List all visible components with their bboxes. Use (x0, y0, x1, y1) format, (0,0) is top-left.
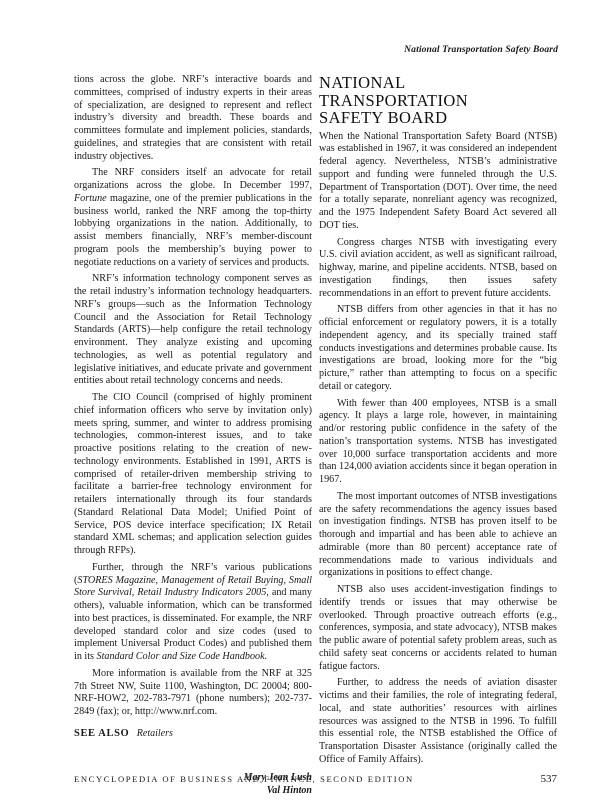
text: magazine, one of the premier publication… (74, 193, 312, 268)
body-paragraph: When the National Transportation Safety … (319, 131, 557, 233)
italic-text: Standard Color and Size Code Handbook. (97, 651, 268, 662)
text: The most important outcomes of NTSB inve… (319, 491, 557, 579)
text: NTSB also uses accident-investigation fi… (319, 584, 557, 672)
page-footer: Encyclopedia of Business and Finance, Se… (74, 774, 557, 785)
body-paragraph: NTSB also uses accident-investigation fi… (319, 584, 557, 673)
series-title: Encyclopedia of Business and Finance, Se… (74, 774, 414, 784)
body-paragraph: The most important outcomes of NTSB inve… (319, 491, 557, 580)
entry-title: NATIONAL TRANSPORTATION SAFETY BOARD (319, 74, 557, 127)
body-paragraph: NTSB differs from other agencies in that… (319, 304, 557, 393)
see-also: SEE ALSO Retailers (74, 728, 312, 741)
author-name: Val Hinton (74, 784, 312, 797)
body-paragraph: tions across the globe. NRF’s interactiv… (74, 74, 312, 163)
body-paragraph: Congress charges NTSB with investigating… (319, 237, 557, 301)
see-also-link-retailers[interactable]: Retailers (137, 728, 173, 739)
entry-title-line: SAFETY BOARD (319, 109, 557, 127)
right-column: NATIONAL TRANSPORTATION SAFETY BOARD Whe… (319, 74, 557, 767)
text: With fewer than 400 employees, NTSB is a… (319, 398, 557, 486)
body-paragraph: NRF’s information technology component s… (74, 273, 312, 388)
italic-text: Fortune (74, 193, 107, 204)
entry-title-line: NATIONAL (319, 74, 557, 92)
right-body: When the National Transportation Safety … (319, 131, 557, 767)
text: tions across the globe. NRF’s interactiv… (74, 74, 312, 162)
text: NRF’s information technology component s… (74, 273, 312, 386)
text: The NRF considers itself an advocate for… (74, 167, 312, 191)
text: When the National Transportation Safety … (319, 131, 557, 231)
text: The CIO Council (comprised of highly pro… (74, 392, 312, 556)
text: More information is available from the N… (74, 668, 312, 717)
body-paragraph: The NRF considers itself an advocate for… (74, 167, 312, 269)
text: Further, to address the needs of aviatio… (319, 677, 557, 765)
page-number: 537 (541, 773, 558, 785)
running-head: National Transportation Safety Board (404, 44, 558, 55)
text: NTSB differs from other agencies in that… (319, 304, 557, 392)
see-also-label: SEE ALSO (74, 728, 129, 739)
body-paragraph: The CIO Council (comprised of highly pro… (74, 392, 312, 558)
entry-title-line: TRANSPORTATION (319, 92, 557, 110)
left-column: tions across the globe. NRF’s interactiv… (74, 74, 312, 797)
body-paragraph: Further, through the NRF’s various publi… (74, 562, 312, 664)
text: Congress charges NTSB with investigating… (319, 237, 557, 299)
body-paragraph: Further, to address the needs of aviatio… (319, 677, 557, 766)
left-body: tions across the globe. NRF’s interactiv… (74, 74, 312, 719)
body-paragraph: With fewer than 400 employees, NTSB is a… (319, 398, 557, 487)
body-paragraph: More information is available from the N… (74, 668, 312, 719)
